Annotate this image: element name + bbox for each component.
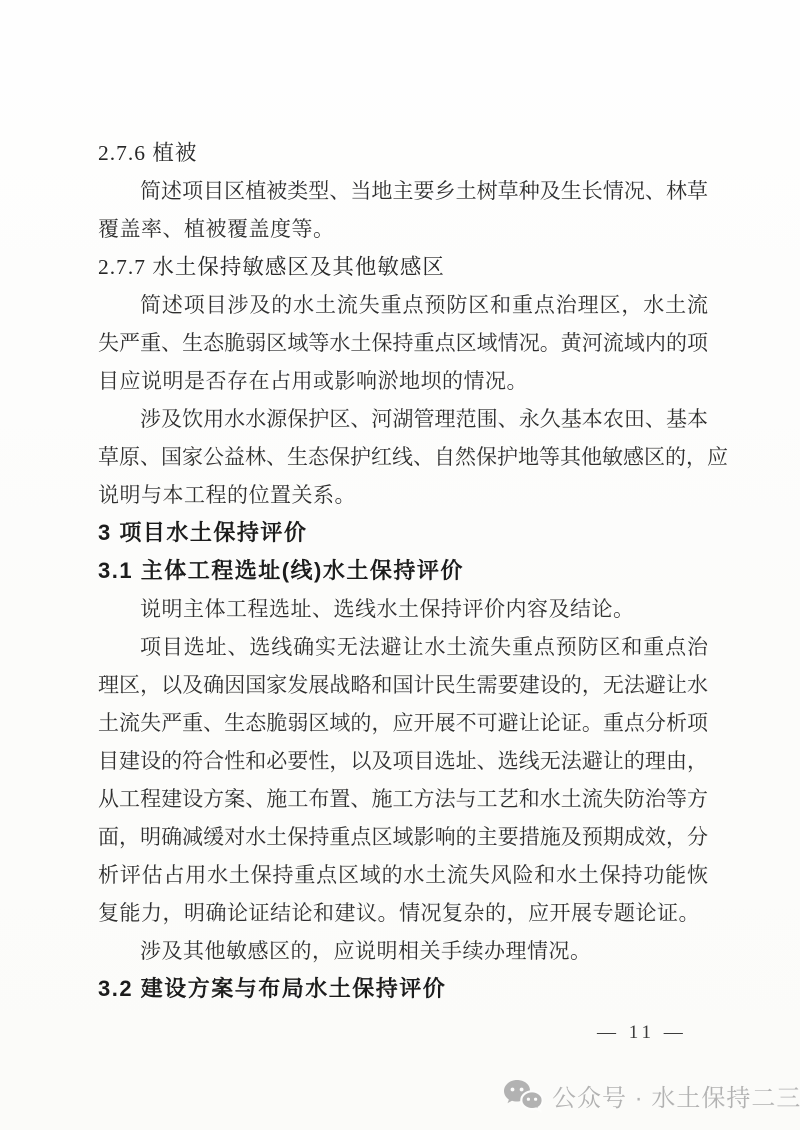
- wechat-icon: [503, 1079, 543, 1113]
- body-line: 覆盖率、植被覆盖度等。: [98, 210, 708, 248]
- page-number: — 11 —: [597, 1022, 687, 1044]
- body-line: 理区，以及确因国家发展战略和国计民生需要建设的，无法避让水: [98, 666, 708, 704]
- section-heading-3-1: 3.1 主体工程选址(线)水土保持评价: [98, 552, 708, 590]
- watermark: 公众号 · 水土保持二三: [503, 1078, 800, 1113]
- body-line: 涉及其他敏感区的，应说明相关手续办理情况。: [98, 932, 708, 970]
- body-line: 说明与本工程的位置关系。: [98, 476, 708, 514]
- body-line: 失严重、生态脆弱区域等水土保持重点区域情况。黄河流域内的项: [98, 324, 708, 362]
- body-line: 目应说明是否存在占用或影响淤地坝的情况。: [98, 362, 708, 400]
- section-heading-3-2: 3.2 建设方案与布局水土保持评价: [98, 970, 708, 1008]
- body-line: 土流失严重、生态脆弱区域的，应开展不可避让论证。重点分析项: [98, 704, 708, 742]
- body-line: 涉及饮用水水源保护区、河湖管理范围、永久基本农田、基本: [98, 400, 708, 438]
- chapter-heading-3: 3 项目水土保持评价: [98, 514, 708, 552]
- body-line: 说明主体工程选址、选线水土保持评价内容及结论。: [98, 590, 708, 628]
- body-line: 目建设的符合性和必要性，以及项目选址、选线无法避让的理由，: [98, 742, 708, 780]
- body-line: 面，明确减缓对水土保持重点区域影响的主要措施及预期成效，分: [98, 818, 708, 856]
- document-page: 2.7.6 植被 简述项目区植被类型、当地主要乡土树草种及生长情况、林草 覆盖率…: [0, 0, 800, 1130]
- subsection-heading-2-7-7: 2.7.7 水土保持敏感区及其他敏感区: [98, 248, 708, 286]
- body-line: 从工程建设方案、施工布置、施工方法与工艺和水土流失防治等方: [98, 780, 708, 818]
- watermark-text: 公众号 · 水土保持二三: [552, 1078, 800, 1113]
- body-line: 项目选址、选线确实无法避让水土流失重点预防区和重点治: [98, 628, 708, 666]
- body-line: 简述项目涉及的水土流失重点预防区和重点治理区，水土流: [98, 286, 708, 324]
- body-line: 草原、国家公益林、生态保护红线、自然保护地等其他敏感区的，应: [98, 438, 708, 476]
- subsection-heading-2-7-6: 2.7.6 植被: [98, 134, 708, 172]
- body-line: 复能力，明确论证结论和建议。情况复杂的，应开展专题论证。: [98, 894, 708, 932]
- document-body: 2.7.6 植被 简述项目区植被类型、当地主要乡土树草种及生长情况、林草 覆盖率…: [98, 134, 708, 1008]
- body-line: 析评估占用水土保持重点区域的水土流失风险和水土保持功能恢: [98, 856, 708, 894]
- body-line: 简述项目区植被类型、当地主要乡土树草种及生长情况、林草: [98, 172, 708, 210]
